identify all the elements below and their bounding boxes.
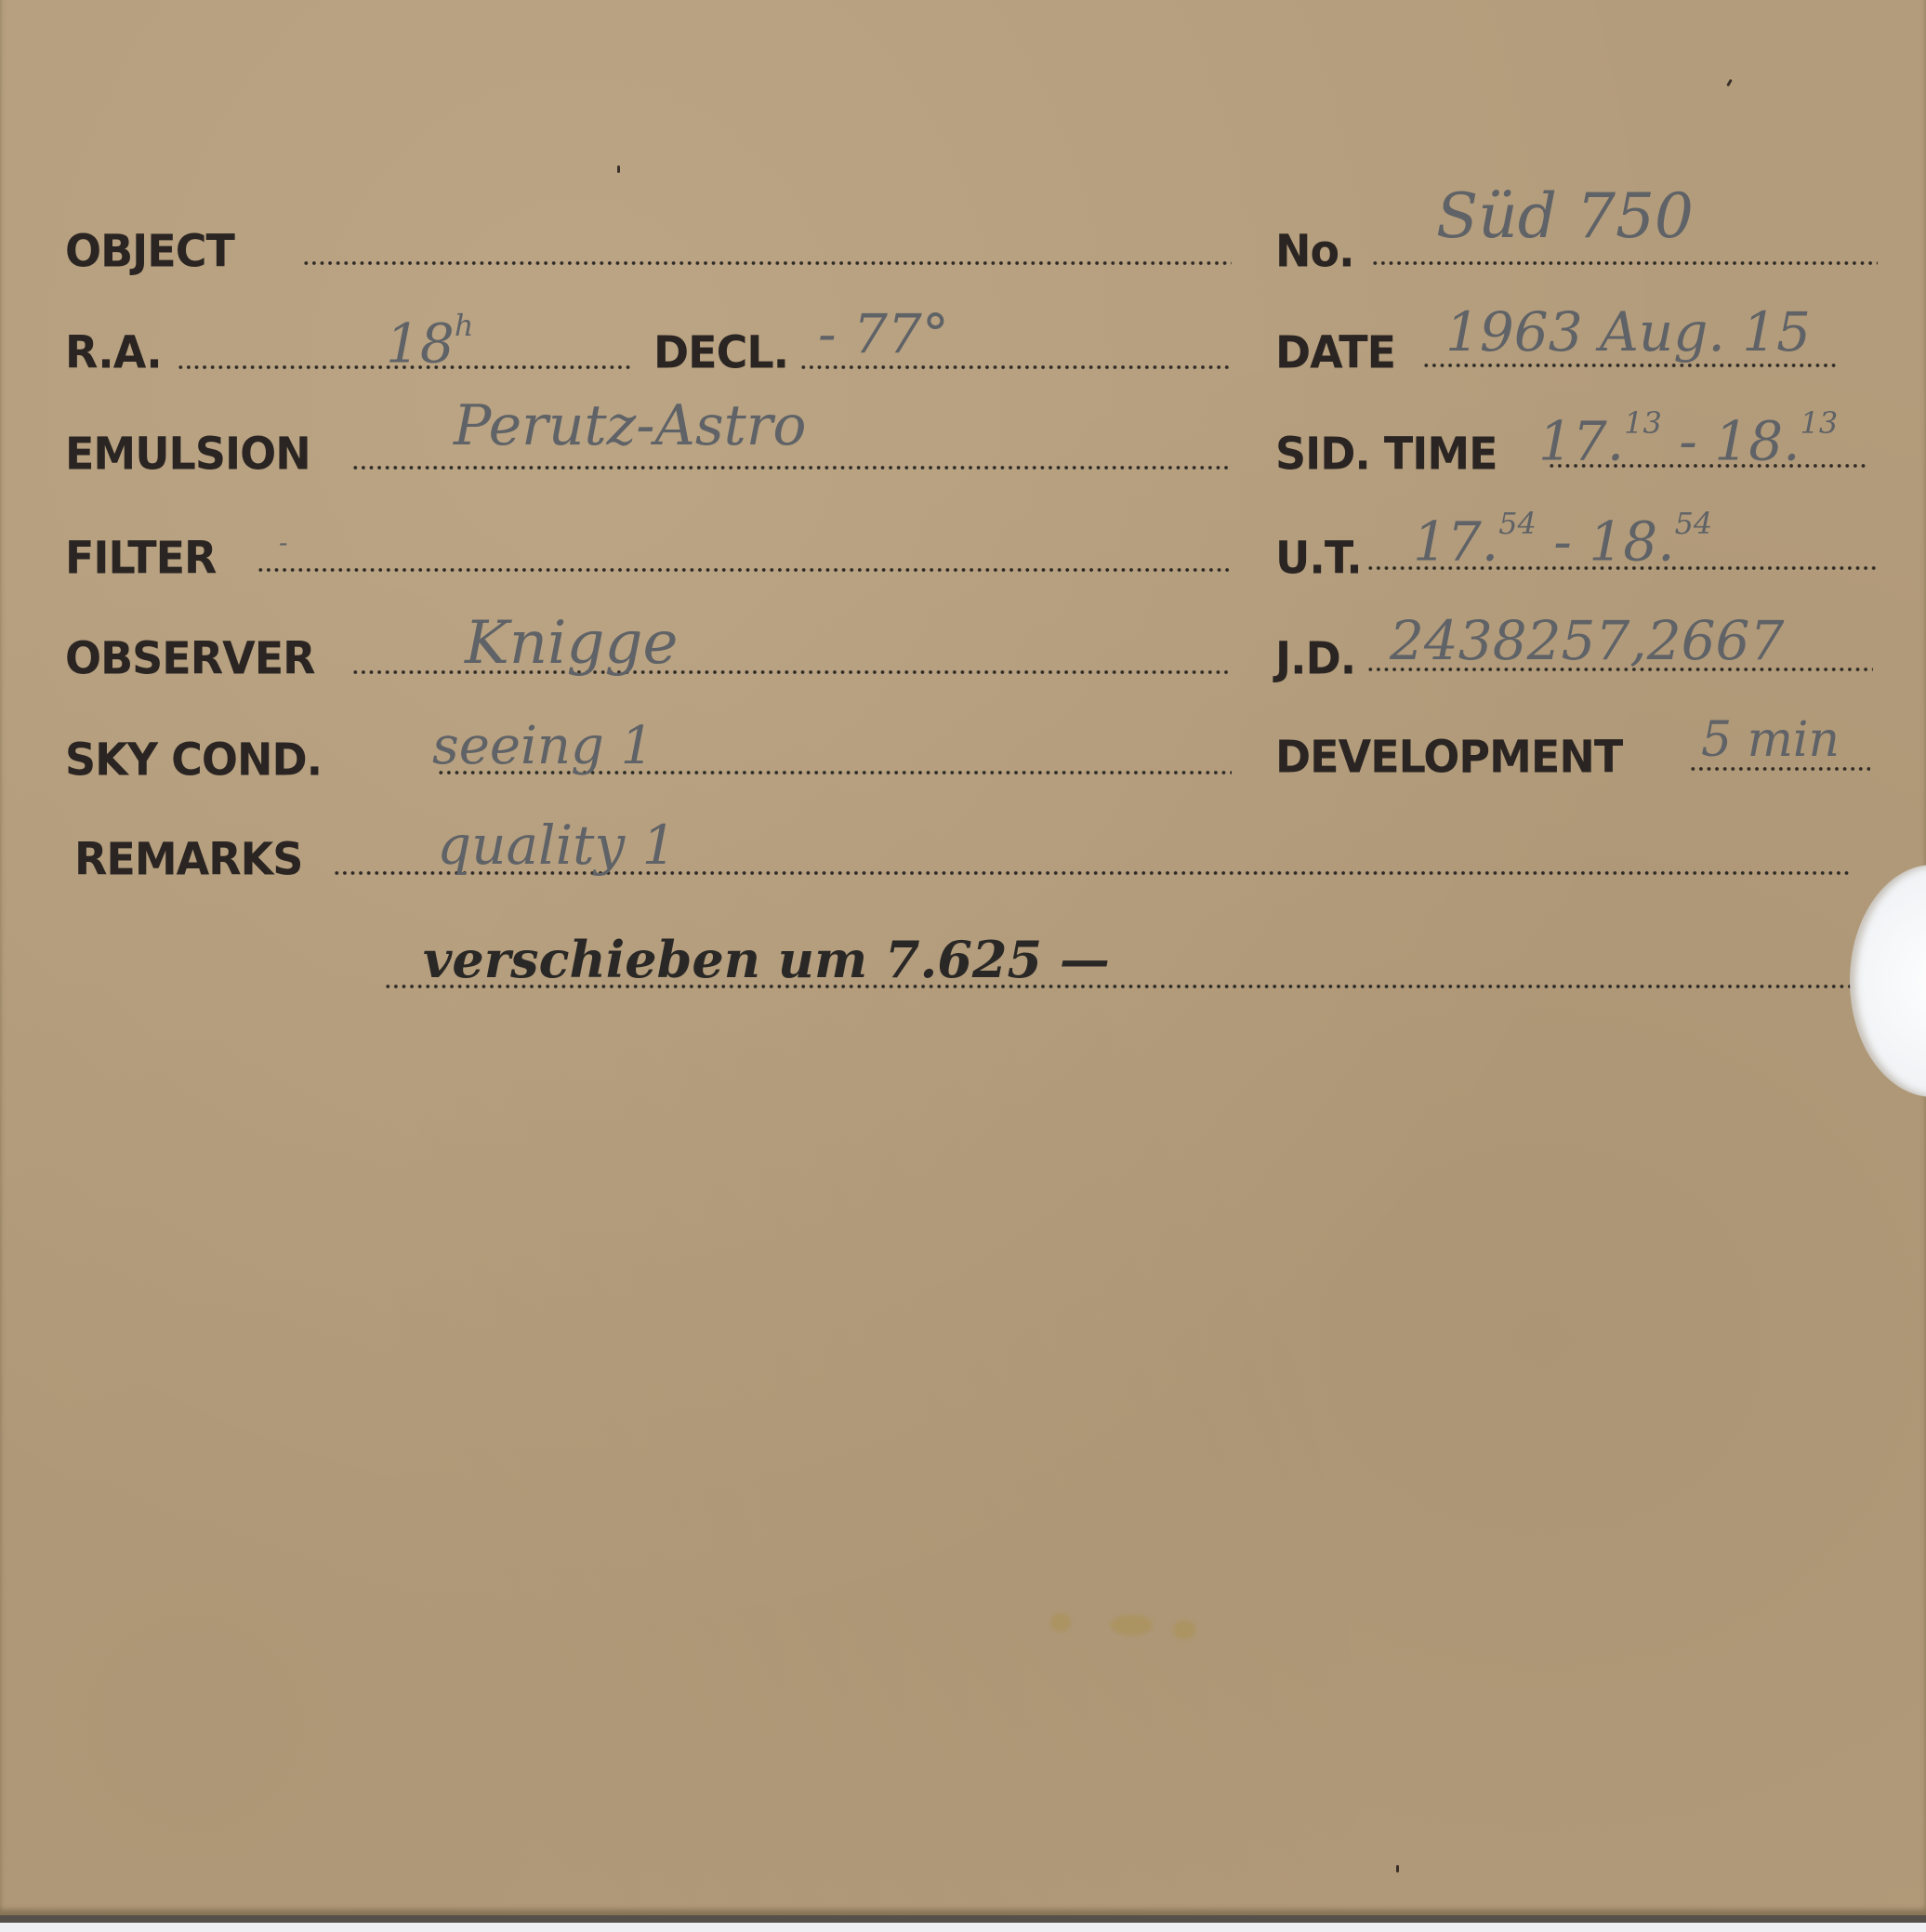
ut-separator: - [1537, 510, 1589, 574]
number-field-line [1371, 260, 1878, 266]
jd-label: J.D. [1275, 636, 1355, 681]
sid-time-label: SID. TIME [1275, 431, 1497, 476]
sid-time-start-minutes: 13 [1624, 405, 1662, 441]
emulsion-value: Perutz-Astro [454, 398, 807, 454]
sid-time-start: 17. [1538, 410, 1624, 473]
development-label: DEVELOPMENT [1275, 734, 1622, 779]
sky-cond-value: seeing 1 [432, 721, 653, 773]
plate-envelope: OBJECT R.A. 18h DECL. - 77° EMULSION Per… [0, 0, 1926, 1915]
ut-start-minutes: 54 [1498, 506, 1537, 541]
jd-value: 2438257,2667 [1390, 614, 1784, 668]
observer-label: OBSERVER [65, 636, 315, 681]
paper-speck [1726, 79, 1733, 86]
object-field-line [302, 260, 1232, 266]
sky-cond-label: SKY COND. [65, 737, 322, 782]
ra-label: R.A. [65, 330, 162, 375]
paper-speck [617, 165, 620, 173]
remarks-second-value: verschieben um 7.625 — [423, 934, 1110, 985]
ut-label: U.T. [1275, 536, 1362, 580]
sid-time-end: 18. [1714, 410, 1800, 473]
paper-stain [1050, 1613, 1071, 1632]
remarks-label: REMARKS [74, 837, 302, 881]
date-value: 1963 Aug. 15 [1445, 305, 1811, 359]
sid-time-separator: - [1662, 410, 1714, 473]
ra-hours-unit: h [455, 308, 474, 343]
number-value: Süd 750 [1436, 186, 1694, 247]
ut-end: 18. [1589, 510, 1674, 574]
filter-value: - [279, 530, 287, 556]
paper-stain [1111, 1615, 1153, 1635]
number-label: No. [1275, 229, 1354, 273]
decl-label: DECL. [653, 330, 788, 375]
emulsion-label: EMULSION [65, 431, 310, 476]
date-label: DATE [1275, 330, 1395, 375]
ra-hours: 18 [386, 312, 455, 376]
paper-stain [1173, 1621, 1195, 1639]
sid-time-end-minutes: 13 [1801, 405, 1839, 441]
observer-value: Knigge [465, 614, 678, 673]
decl-value: - 77° [818, 307, 949, 361]
emulsion-field-line [351, 465, 1232, 470]
background-surface [0, 1923, 1926, 1932]
filter-label: FILTER [65, 536, 216, 580]
filter-field-line [257, 567, 1232, 573]
object-label: OBJECT [65, 229, 234, 273]
ut-value: 17.54 - 18.54 [1413, 509, 1712, 569]
ut-start: 17. [1413, 510, 1498, 574]
ut-end-minutes: 54 [1675, 506, 1713, 541]
sid-time-value: 17.13 - 18.13 [1538, 409, 1838, 469]
remarks-value: quality 1 [437, 818, 677, 872]
development-value: 5 min [1701, 716, 1840, 764]
paper-speck [1396, 1865, 1399, 1872]
envelope-bottom-edge [0, 1915, 1926, 1923]
ra-value: 18h [386, 311, 473, 371]
